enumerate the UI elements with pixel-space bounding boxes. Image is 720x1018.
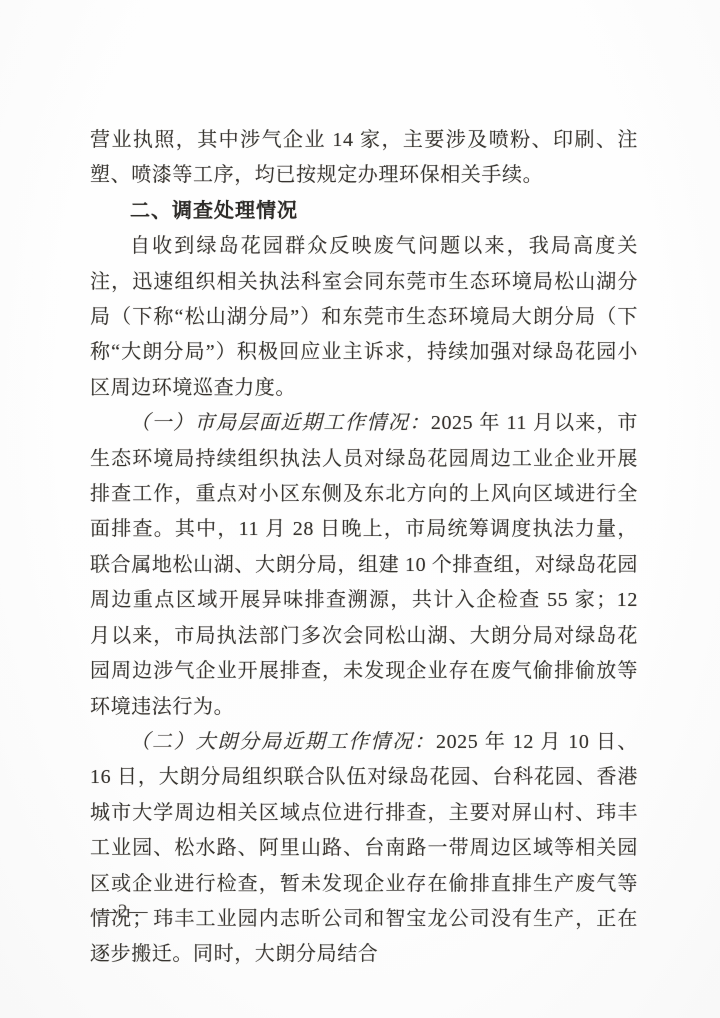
section-heading: 二、调查处理情况 bbox=[90, 194, 638, 229]
subsection-1-lead: （一）市局层面近期工作情况： bbox=[130, 412, 431, 434]
paragraph-continuation: 营业执照，其中涉气企业 14 家，主要涉及喷粉、印刷、注塑、喷漆等工序，均已按规… bbox=[90, 123, 638, 194]
scanned-document-page: 营业执照，其中涉气企业 14 家，主要涉及喷粉、印刷、注塑、喷漆等工序，均已按规… bbox=[0, 0, 720, 1018]
document-body: 营业执照，其中涉气企业 14 家，主要涉及喷粉、印刷、注塑、喷漆等工序，均已按规… bbox=[90, 123, 638, 973]
paragraph-overview: 自收到绿岛花园群众反映废气问题以来，我局高度关注，迅速组织相关执法科室会同东莞市… bbox=[90, 229, 638, 406]
page-number: —2— bbox=[98, 897, 149, 927]
paragraph-subsection-2: （二）大朗分局近期工作情况：2025 年 12 月 10 日、16 日，大朗分局… bbox=[90, 725, 638, 973]
paragraph-subsection-1: （一）市局层面近期工作情况：2025 年 11 月以来，市生态环境局持续组织执法… bbox=[90, 406, 638, 725]
subsection-2-text: 2025 年 12 月 10 日、16 日，大朗分局组织联合队伍对绿岛花园、台科… bbox=[90, 731, 638, 965]
subsection-2-lead: （二）大朗分局近期工作情况： bbox=[130, 731, 436, 753]
subsection-1-text: 2025 年 11 月以来，市生态环境局持续组织执法人员对绿岛花园周边工业企业开… bbox=[90, 412, 638, 717]
